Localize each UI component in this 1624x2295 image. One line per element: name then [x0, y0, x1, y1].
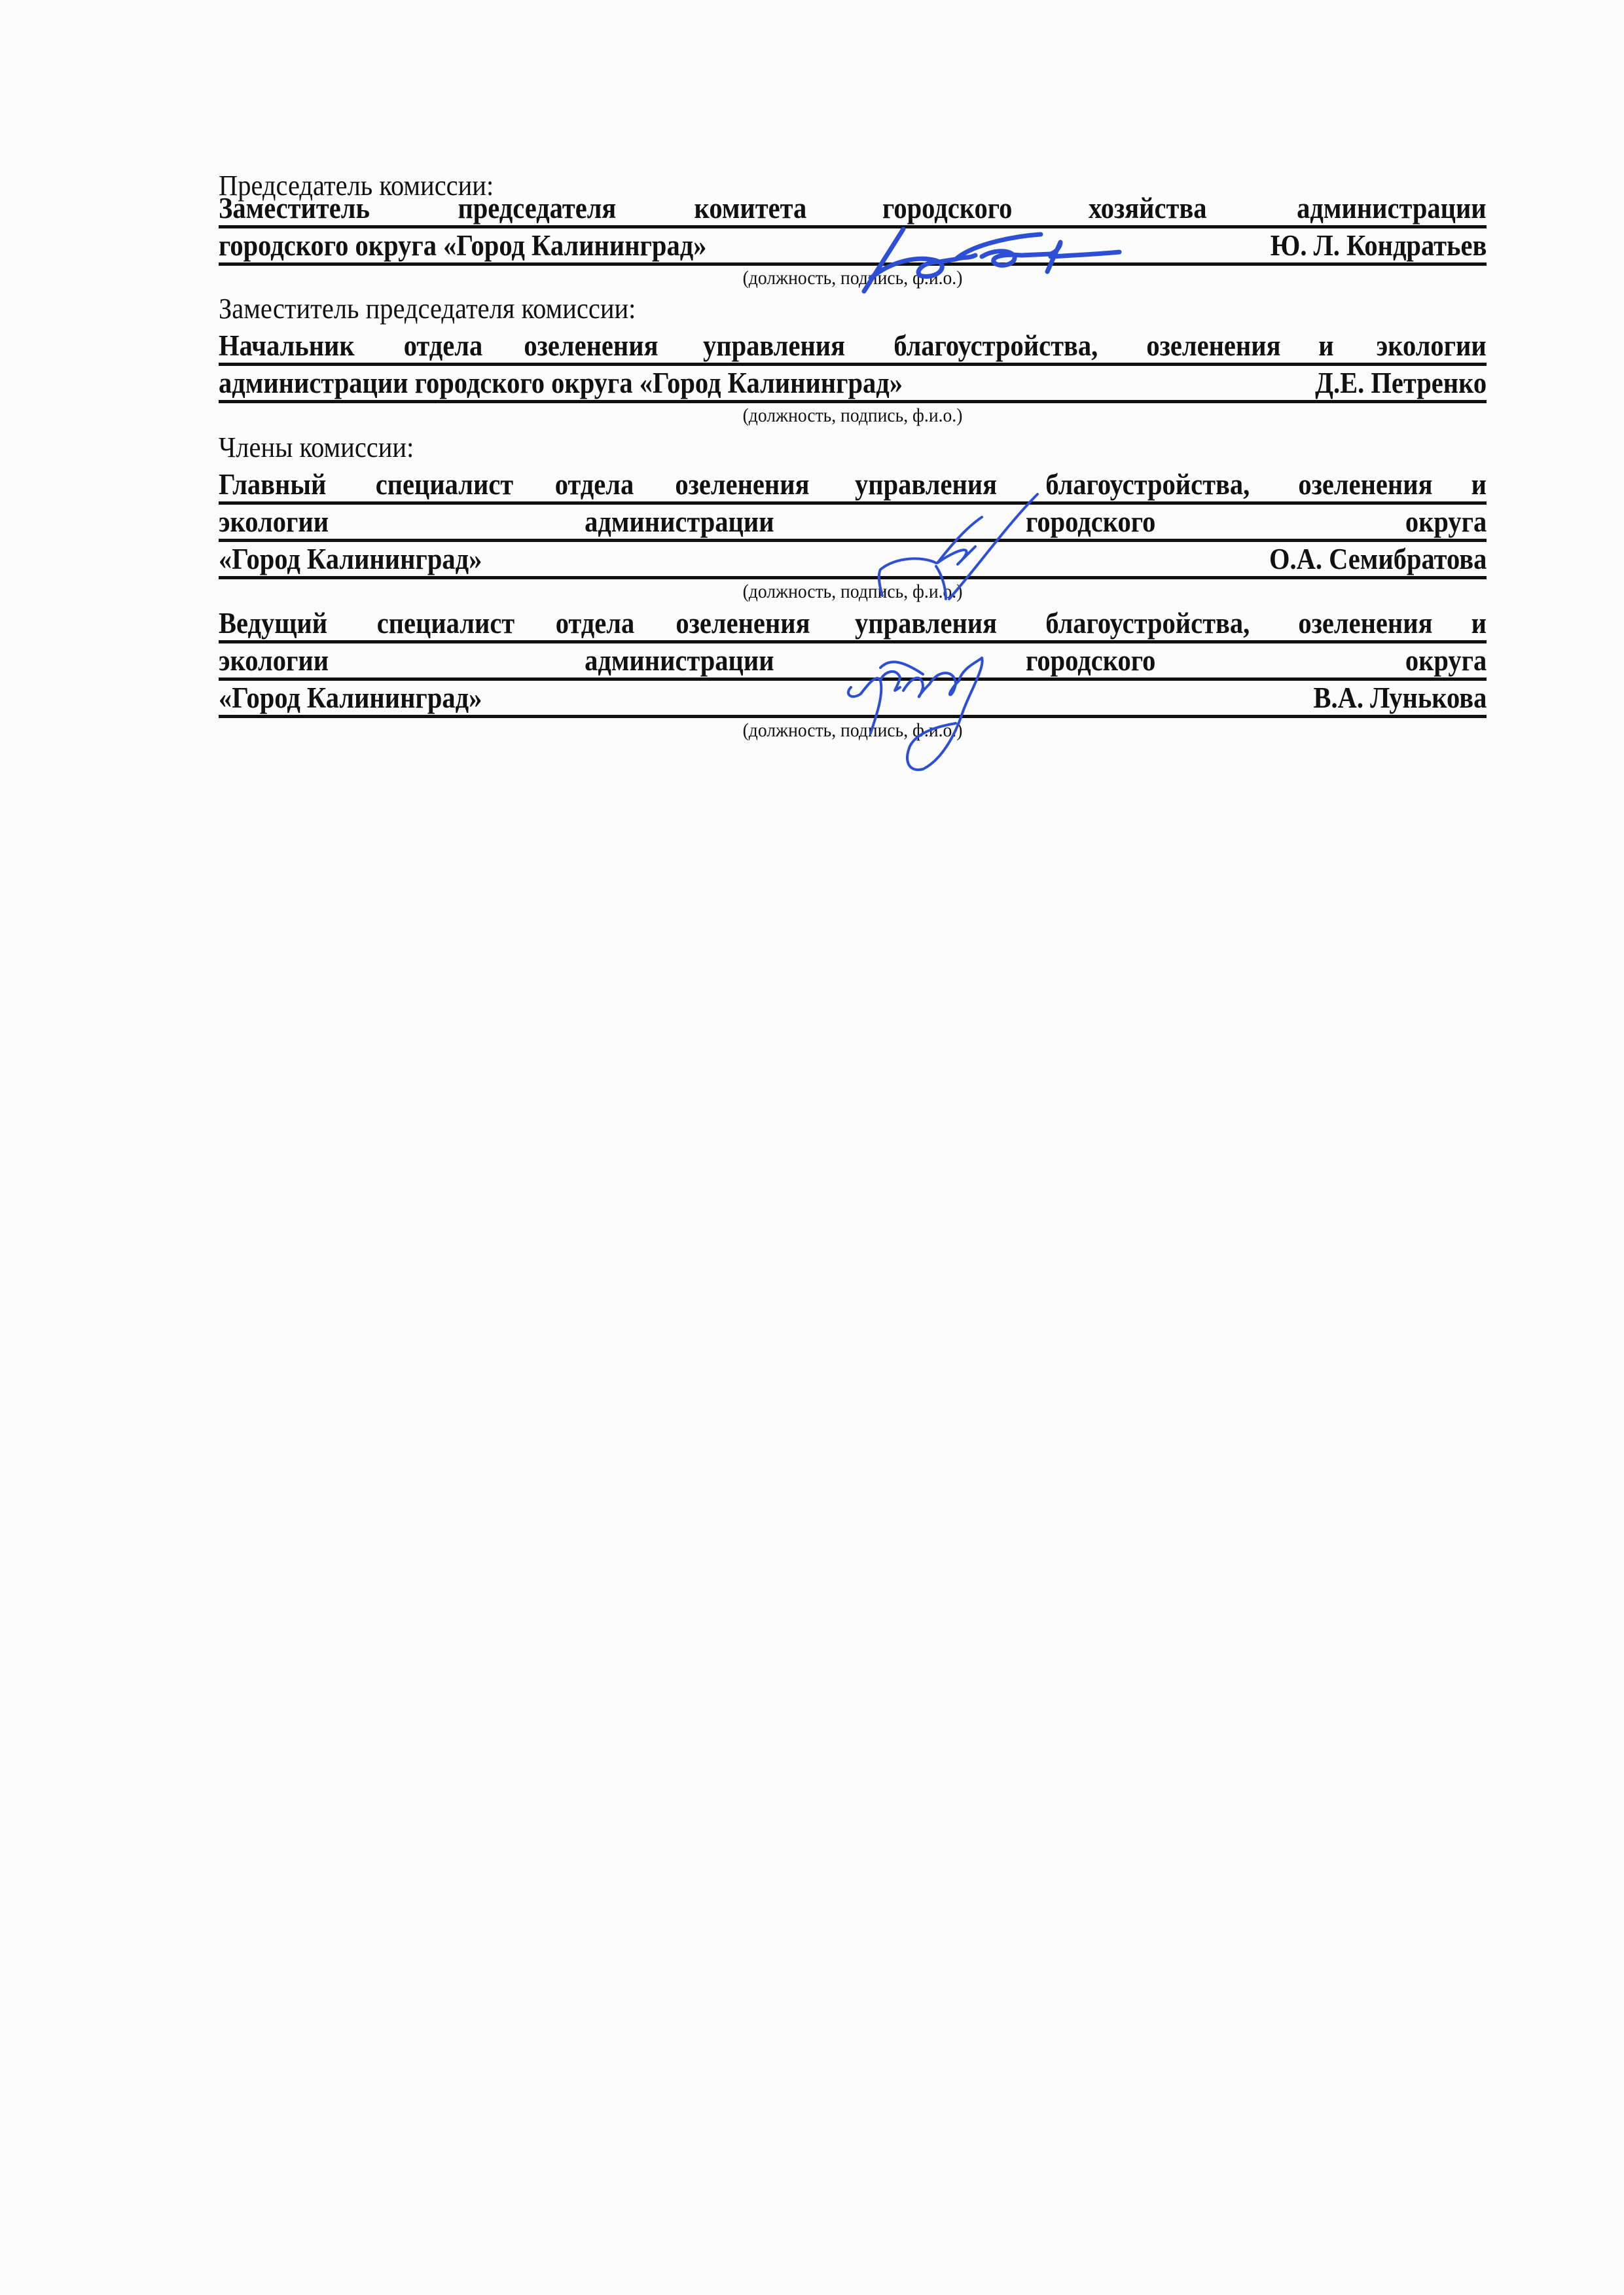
word: комитета	[694, 191, 806, 225]
word: озеленения	[524, 329, 658, 363]
members-label: Члены комиссии:	[219, 431, 1385, 465]
deputy-position-line-2: администрации городского округа «Город К…	[219, 366, 1487, 403]
deputy-chairman-label: Заместитель председателя комиссии:	[219, 292, 1385, 326]
word: городского	[1026, 505, 1155, 539]
deputy-name: Д.Е. Петренко	[1315, 366, 1487, 400]
member2-position-line-1: Ведущий специалист отдела озеленения упр…	[219, 606, 1487, 643]
word: озеленения	[676, 467, 810, 501]
position-text: «Город Калининград»	[219, 542, 482, 576]
word: округа	[1405, 643, 1487, 678]
word: администрации	[585, 505, 774, 539]
chairman-position-line-1: Заместитель председателя комитета городс…	[219, 191, 1487, 228]
word: специалист	[376, 467, 514, 501]
word: председателя	[458, 191, 617, 225]
word: и	[1471, 606, 1487, 640]
word: Заместитель	[219, 191, 370, 225]
signature-caption: (должность, подпись, ф.и.о.)	[269, 267, 1435, 289]
word: озеленения	[1146, 329, 1280, 363]
chairman-position-line-2: городского округа «Город Калининград» Ю.…	[219, 228, 1487, 266]
word: экологии	[219, 505, 329, 539]
word: Главный	[219, 467, 326, 501]
signature-caption: (должность, подпись, ф.и.о.)	[269, 581, 1435, 603]
document-page: Председатель комиссии: Заместитель предс…	[0, 0, 1624, 2295]
word: озеленения	[1298, 467, 1432, 501]
word: экологии	[1377, 329, 1487, 363]
word: управления	[855, 467, 997, 501]
member2-position-line-3: «Город Калининград» В.А. Лунькова	[219, 681, 1487, 718]
member1-name: О.А. Семибратова	[1269, 542, 1487, 576]
word: администрации	[1297, 191, 1486, 225]
position-text: администрации городского округа «Город К…	[219, 366, 903, 400]
word: округа	[1405, 505, 1487, 539]
member1-position-line-2: экологии администрации городского округа	[219, 505, 1487, 542]
signature-caption: (должность, подпись, ф.и.о.)	[269, 405, 1435, 427]
word: хозяйства	[1089, 191, 1206, 225]
member1-position-line-3: «Город Калининград» О.А. Семибратова	[219, 542, 1487, 579]
word: благоустройства,	[1046, 606, 1250, 640]
word: управления	[703, 329, 845, 363]
word: озеленения	[676, 606, 810, 640]
deputy-position-line-1: Начальник отдела озеленения управления б…	[219, 329, 1487, 366]
word: администрации	[585, 643, 774, 678]
word: и	[1318, 329, 1333, 363]
word: благоустройства,	[1045, 467, 1250, 501]
word: экологии	[219, 643, 329, 678]
word: отдела	[404, 329, 483, 363]
word: озеленения	[1298, 606, 1432, 640]
chairman-name: Ю. Л. Кондратьев	[1270, 228, 1487, 262]
signature-caption: (должность, подпись, ф.и.о.)	[269, 719, 1435, 742]
position-text: «Город Калининград»	[219, 681, 482, 715]
word: городского	[882, 191, 1012, 225]
word: специалист	[376, 606, 514, 640]
member2-name: В.А. Лунькова	[1313, 681, 1487, 715]
word: Начальник	[219, 329, 355, 363]
position-text: городского округа «Город Калининград»	[219, 228, 706, 262]
word: городского	[1026, 643, 1155, 678]
word: управления	[855, 606, 997, 640]
word: Ведущий	[219, 606, 327, 640]
member1-position-line-1: Главный специалист отдела озеленения упр…	[219, 467, 1487, 505]
word: отдела	[556, 606, 635, 640]
word: и	[1471, 467, 1487, 501]
word: благоустройства,	[894, 329, 1098, 363]
member2-position-line-2: экологии администрации городского округа	[219, 643, 1487, 681]
word: отдела	[555, 467, 634, 501]
